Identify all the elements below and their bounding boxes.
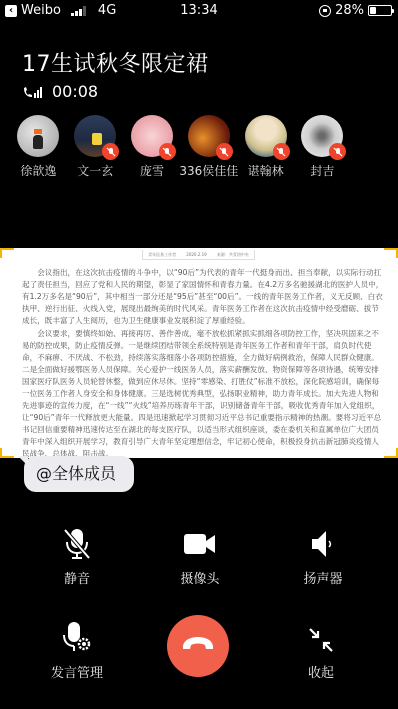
document-header: 青年医务工作者 2020.2.19 来源：共青团中央: [142, 250, 255, 260]
participant[interactable]: 336侯佳佳: [180, 115, 237, 179]
hangup-button[interactable]: [167, 615, 229, 677]
muted-badge-icon: [329, 143, 346, 160]
status-bar: ‹ Weibo 4G 13:34 28%: [0, 0, 398, 22]
muted-badge-icon: [102, 143, 119, 160]
participant[interactable]: 庞雪: [124, 115, 181, 179]
participant-name: 徐歆逸: [20, 162, 56, 179]
avatar[interactable]: [301, 115, 343, 157]
avatar[interactable]: [74, 115, 116, 157]
rotation-lock-icon: [319, 5, 331, 17]
doc-paragraph: 会议指出，在这次抗击疫情的斗争中，以“90后”为代表的青年一代挺身而出、担当奉献…: [22, 267, 384, 327]
document-body: 会议指出，在这次抗击疫情的斗争中，以“90后”为代表的青年一代挺身而出、担当奉献…: [22, 267, 384, 458]
mic-off-icon: [62, 528, 92, 560]
collapse-button[interactable]: 收起: [276, 626, 366, 681]
battery-percent: 28%: [335, 3, 364, 18]
participant[interactable]: 谌翰林: [237, 115, 294, 179]
participant-name: 文一玄: [77, 162, 113, 179]
mention-all-members-chip[interactable]: @全体成员: [24, 456, 134, 492]
doc-paragraph: 会议要求，要慎终如始、再接再厉、善作善成，毫不放松抓紧抓实抓细各项防控工作，坚决…: [22, 328, 384, 458]
mute-button[interactable]: 静音: [32, 528, 122, 587]
muted-badge-icon: [159, 143, 176, 160]
avatar[interactable]: [131, 115, 173, 157]
participant[interactable]: 封吉: [294, 115, 351, 179]
mute-label: 静音: [64, 568, 90, 587]
call-title: 17生试秋冬限定裙: [22, 47, 209, 78]
participant-name: 336侯佳佳: [179, 162, 238, 179]
doc-header-right: 来源：共青团中央: [217, 252, 249, 258]
call-duration: 00:08: [52, 82, 98, 101]
collapse-label: 收起: [308, 662, 334, 681]
avatar[interactable]: [188, 115, 230, 157]
participant-name: 庞雪: [140, 162, 164, 179]
call-info: 00:08: [22, 82, 98, 101]
participant[interactable]: 徐歆逸: [10, 115, 67, 179]
participant-name: 谌翰林: [248, 162, 284, 179]
frame-corner: [0, 248, 14, 258]
frame-corner: [0, 448, 14, 458]
hangup-phone-icon: [181, 636, 215, 656]
speaker-label: 扬声器: [303, 568, 342, 587]
speak-management-button[interactable]: 发言管理: [32, 620, 122, 681]
camera-label: 摄像头: [180, 568, 219, 587]
muted-badge-icon: [216, 143, 233, 160]
camera-button[interactable]: 摄像头: [155, 528, 245, 587]
camera-icon: [183, 528, 217, 560]
avatar[interactable]: [17, 115, 59, 157]
participant-name: 封吉: [310, 162, 334, 179]
shared-screen-document[interactable]: 青年医务工作者 2020.2.19 来源：共青团中央 会议指出，在这次抗击疫情的…: [0, 248, 398, 458]
mic-settings-icon: [61, 620, 93, 654]
frame-corner: [384, 248, 398, 258]
speak-management-label: 发言管理: [51, 662, 103, 681]
collapse-arrows-icon: [307, 626, 335, 654]
participant[interactable]: 文一玄: [67, 115, 124, 179]
call-signal-icon: [22, 85, 44, 99]
frame-corner: [384, 448, 398, 458]
speaker-button[interactable]: 扬声器: [278, 528, 368, 587]
participant-list: 徐歆逸 文一玄 庞雪 336侯佳佳: [0, 115, 398, 179]
battery-icon: [368, 5, 392, 16]
doc-header-source: 青年医务工作者: [148, 252, 176, 258]
muted-badge-icon: [273, 143, 290, 160]
doc-header-date: 2020.2.19: [186, 252, 206, 257]
avatar[interactable]: [245, 115, 287, 157]
speaker-icon: [308, 528, 338, 560]
